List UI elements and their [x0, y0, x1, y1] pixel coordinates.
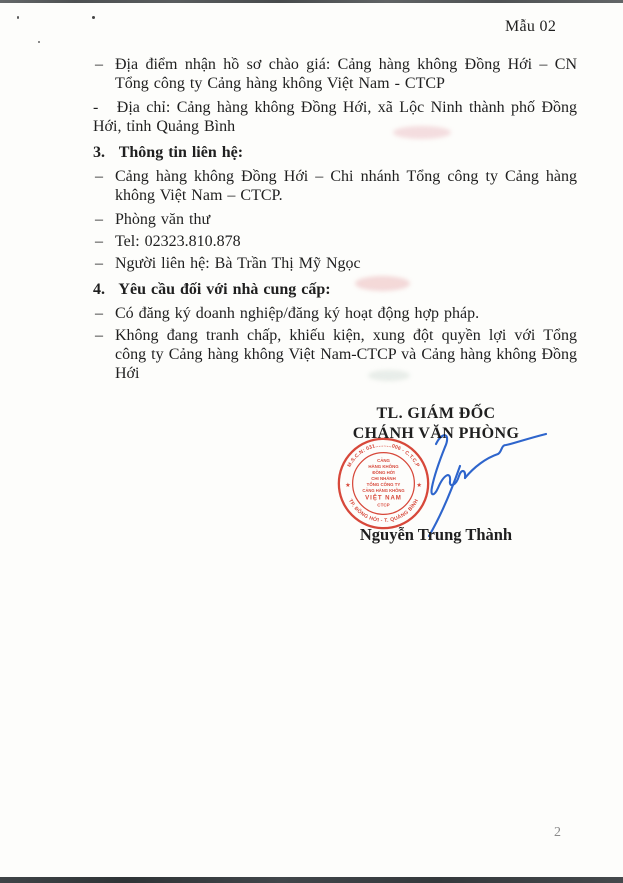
signature-loops [431, 435, 465, 494]
bullet-dash: – [95, 232, 103, 251]
bullet-text: Người liên hệ: Bà Trần Thị Mỹ Ngọc [115, 255, 361, 272]
bullet-text: Không đang tranh chấp, khiếu kiện, xung … [115, 327, 577, 382]
bullet-text: Tel: 02323.810.878 [115, 233, 241, 250]
stamp-line: CTCP [377, 502, 389, 507]
bullet-phong-van-thu: – Phòng văn thư [93, 210, 577, 229]
bullet-dia-chi: - Địa chỉ: Cảng hàng không Đồng Hới, xã … [93, 98, 577, 136]
scan-edge-top [0, 0, 623, 3]
stamp-line: CẢNG [377, 458, 390, 463]
stamp-star-left-icon: ★ [345, 482, 351, 489]
stamp-line: ĐỒNG HỚI [372, 470, 394, 475]
bullet-text: Địa chỉ: Cảng hàng không Đồng Hới, xã Lộ… [93, 99, 577, 135]
bullet-dash: – [95, 167, 103, 186]
bullet-text: Cảng hàng không Đồng Hới – Chi nhánh Tổn… [115, 168, 577, 204]
document-body: – Địa điểm nhận hồ sơ chào giá: Cảng hàn… [93, 55, 577, 388]
bullet-dash: – [95, 55, 103, 74]
scanned-document-page: Mẫu 02 – Địa điểm nhận hồ sơ chào giá: C… [0, 0, 623, 883]
stamp-line: TỔNG CÔNG TY [367, 482, 401, 487]
section-3-heading: 3. Thông tin liên hệ: [93, 143, 577, 162]
bullet-text: Có đăng ký doanh nghiệp/đăng ký hoạt độn… [115, 305, 479, 322]
bullet-contact-person: – Người liên hệ: Bà Trần Thị Mỹ Ngọc [93, 254, 577, 273]
bullet-text: Địa điểm nhận hồ sơ chào giá: Cảng hàng … [115, 56, 577, 92]
scan-edge-bottom [0, 877, 623, 883]
bullet-dash: – [95, 304, 103, 323]
bullet-text: Phòng văn thư [115, 211, 210, 228]
bullet-registration: – Có đăng ký doanh nghiệp/đăng ký hoạt đ… [93, 304, 577, 323]
bullet-no-dispute: – Không đang tranh chấp, khiếu kiện, xun… [93, 326, 577, 383]
section-4-heading: 4. Yêu cầu đối với nhà cung cấp: [93, 280, 577, 299]
bullet-dash: – [95, 326, 103, 345]
section-number: 3. [93, 144, 105, 161]
section-title: Yêu cầu đối với nhà cung cấp: [118, 281, 330, 298]
bullet-dash: – [95, 254, 103, 273]
section-number: 4. [93, 281, 105, 298]
section-title: Thông tin liên hệ: [119, 144, 243, 161]
bullet-contact-org: – Cảng hàng không Đồng Hới – Chi nhánh T… [93, 167, 577, 205]
stamp-line: VIỆT NAM [365, 494, 402, 502]
bullet-telephone: – Tel: 02323.810.878 [93, 232, 577, 251]
signer-title-line1: TL. GIÁM ĐỐC [330, 404, 542, 424]
signature-tail [465, 434, 546, 478]
scan-speck [17, 16, 19, 19]
scan-speck [38, 41, 40, 43]
stamp-line: HÀNG KHÔNG [368, 464, 399, 469]
signer-name: Nguyễn Trung Thành [330, 525, 542, 545]
scan-speck [92, 16, 95, 19]
bullet-dia-diem: – Địa điểm nhận hồ sơ chào giá: Cảng hàn… [93, 55, 577, 93]
form-number-label: Mẫu 02 [505, 18, 556, 36]
page-number: 2 [554, 825, 561, 841]
stamp-line: CHI NHÁNH [371, 476, 395, 481]
bullet-dash: – [95, 210, 103, 229]
bullet-dash: - [93, 99, 98, 116]
